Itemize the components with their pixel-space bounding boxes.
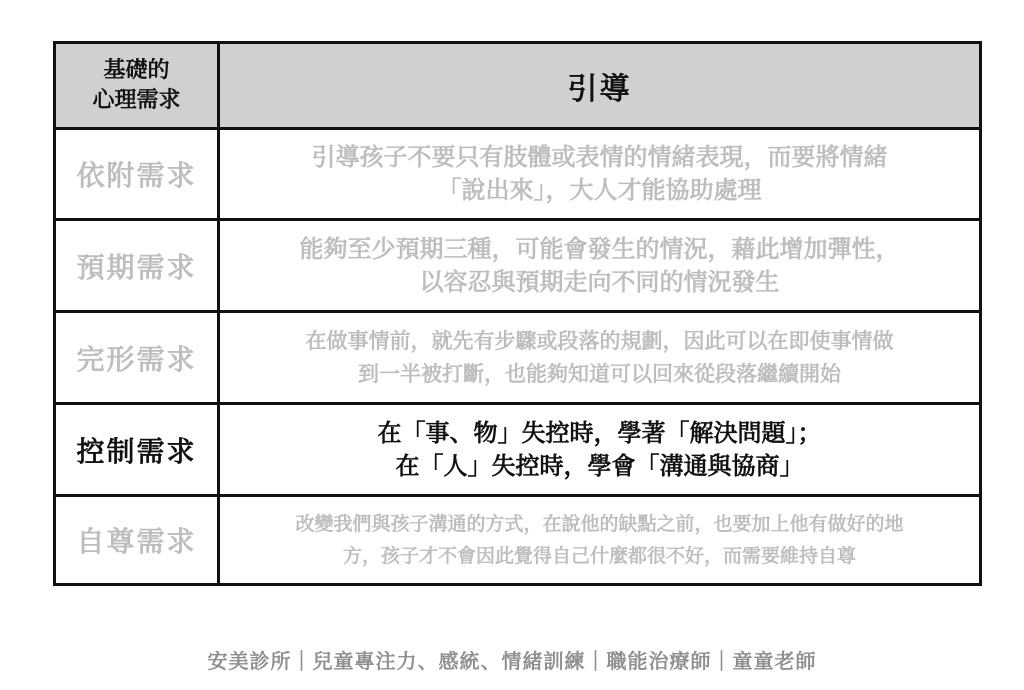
guidance-line-1: 引導孩子不要只有肢體或表情的情緒表現，而要將情緒 — [312, 141, 888, 174]
need-label: 依附需求 — [76, 154, 196, 194]
need-cell-attachment: 依附需求 — [56, 130, 220, 221]
guidance-cell-anticipation: 能夠至少預期三種，可能會發生的情況，藉此增加彈性， 以容忍與預期走向不同的情況發… — [220, 221, 979, 313]
header-label-line-2: 心理需求 — [92, 86, 180, 116]
psychological-needs-table: 基礎的 心理需求 引導 依附需求 引導孩子不要只有肢體或表情的情緒表現，而要將情… — [53, 41, 982, 586]
guidance-line-1: 在做事情前，就先有步驟或段落的規劃，因此可以在即使事情做 — [306, 325, 894, 358]
header-label-basic-needs: 基礎的 心理需求 — [92, 56, 180, 116]
need-cell-self-esteem: 自尊需求 — [56, 497, 220, 583]
guidance-text: 改變我們與孩子溝通的方式，在說他的缺點之前，也要加上他有做好的地 方，孩子才不會… — [295, 508, 903, 572]
need-label-highlighted: 控制需求 — [76, 430, 196, 470]
header-title-guidance: 引導 — [568, 64, 632, 108]
guidance-cell-self-esteem: 改變我們與孩子溝通的方式，在說他的缺點之前，也要加上他有做好的地 方，孩子才不會… — [220, 497, 979, 583]
guidance-cell-gestalt: 在做事情前，就先有步驟或段落的規劃，因此可以在即使事情做 到一半被打斷，也能夠知… — [220, 313, 979, 405]
guidance-cell-control: 在「事、物」失控時，學著「解決問題」； 在「人」失控時，學會「溝通與協商」 — [220, 405, 979, 497]
guidance-line-1: 在「事、物」失控時，學著「解決問題」； — [378, 417, 822, 450]
header-cell-guidance: 引導 — [220, 44, 979, 130]
guidance-line-2: 方，孩子才不會因此覺得自己什麼都很不好，而需要維持自尊 — [295, 540, 903, 572]
guidance-line-2: 到一半被打斷，也能夠知道可以回來從段落繼續開始 — [306, 358, 894, 391]
header-cell-basic-needs: 基礎的 心理需求 — [56, 44, 220, 130]
guidance-line-2: 「說出來」，大人才能協助處理 — [312, 174, 888, 207]
guidance-line-1: 改變我們與孩子溝通的方式，在說他的缺點之前，也要加上他有做好的地 — [295, 508, 903, 540]
guidance-text-highlighted: 在「事、物」失控時，學著「解決問題」； 在「人」失控時，學會「溝通與協商」 — [378, 417, 822, 483]
guidance-text: 引導孩子不要只有肢體或表情的情緒表現，而要將情緒 「說出來」，大人才能協助處理 — [312, 141, 888, 207]
guidance-line-2: 在「人」失控時，學會「溝通與協商」 — [378, 450, 822, 483]
need-cell-control: 控制需求 — [56, 405, 220, 497]
header-label-line-1: 基礎的 — [92, 56, 180, 86]
guidance-text: 能夠至少預期三種，可能會發生的情況，藉此增加彈性， 以容忍與預期走向不同的情況發… — [300, 233, 900, 299]
need-label: 預期需求 — [76, 246, 196, 286]
guidance-line-1: 能夠至少預期三種，可能會發生的情況，藉此增加彈性， — [300, 233, 900, 266]
guidance-cell-attachment: 引導孩子不要只有肢體或表情的情緒表現，而要將情緒 「說出來」，大人才能協助處理 — [220, 130, 979, 221]
footer-credit: 安美診所｜兒童專注力、感統、情緒訓練｜職能治療師｜童童老師 — [0, 645, 1024, 674]
need-cell-anticipation: 預期需求 — [56, 221, 220, 313]
need-label: 自尊需求 — [76, 520, 196, 560]
guidance-text: 在做事情前，就先有步驟或段落的規劃，因此可以在即使事情做 到一半被打斷，也能夠知… — [306, 325, 894, 391]
need-cell-gestalt: 完形需求 — [56, 313, 220, 405]
guidance-line-2: 以容忍與預期走向不同的情況發生 — [300, 266, 900, 299]
need-label: 完形需求 — [76, 338, 196, 378]
